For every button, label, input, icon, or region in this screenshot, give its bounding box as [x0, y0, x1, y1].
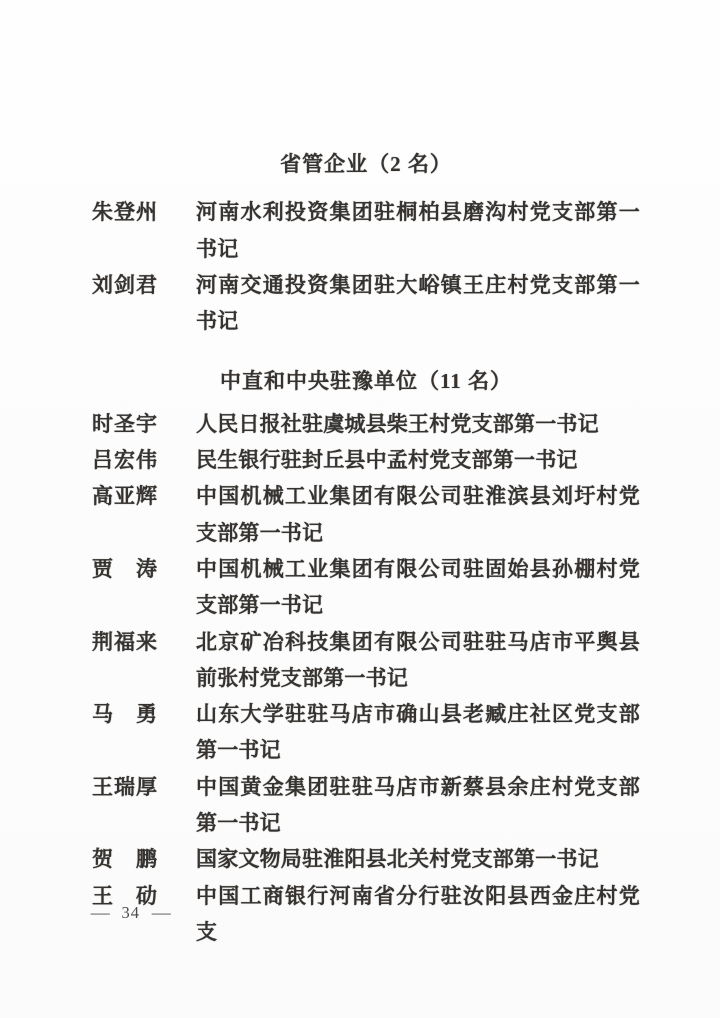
entry-row: 高亚辉 中国机械工业集团有限公司驻淮滨县刘圩村党支部第一书记	[92, 478, 640, 551]
entry-name: 朱登州	[92, 194, 196, 230]
page-number: 34	[122, 903, 141, 923]
entry-position: 人民日报社驻虞城县柴王村党支部第一书记	[196, 406, 640, 442]
entry-position: 中国工商银行河南省分行驻汝阳县西金庄村党支	[196, 878, 640, 951]
entry-row: 马 勇 山东大学驻驻马店市确山县老臧庄社区党支部第一书记	[92, 696, 640, 769]
entry-name: 贾 涛	[92, 551, 196, 587]
entry-name: 吕宏伟	[92, 442, 196, 478]
entry-name: 刘剑君	[92, 267, 196, 303]
footer-dash-right: —	[152, 903, 171, 923]
entry-position: 民生银行驻封丘县中孟村党支部第一书记	[196, 442, 640, 478]
entry-name: 高亚辉	[92, 478, 196, 514]
entry-position: 河南水利投资集团驻桐柏县磨沟村党支部第一书记	[196, 194, 640, 267]
entry-row: 贺 鹏 国家文物局驻淮阳县北关村党支部第一书记	[92, 841, 640, 877]
entry-position: 国家文物局驻淮阳县北关村党支部第一书记	[196, 841, 640, 877]
section-heading-provincial-enterprises: 省管企业（2 名）	[92, 146, 640, 182]
entry-position: 河南交通投资集团驻大峪镇王庄村党支部第一书记	[196, 267, 640, 340]
entry-row: 贾 涛 中国机械工业集团有限公司驻固始县孙棚村党支部第一书记	[92, 551, 640, 624]
entry-row: 刘剑君 河南交通投资集团驻大峪镇王庄村党支部第一书记	[92, 267, 640, 340]
entry-name: 王瑞厚	[92, 769, 196, 805]
entry-position: 山东大学驻驻马店市确山县老臧庄社区党支部第一书记	[196, 696, 640, 769]
entry-row: 时圣宇 人民日报社驻虞城县柴王村党支部第一书记	[92, 406, 640, 442]
entry-position: 中国机械工业集团有限公司驻淮滨县刘圩村党支部第一书记	[196, 478, 640, 551]
entry-position: 中国机械工业集团有限公司驻固始县孙棚村党支部第一书记	[196, 551, 640, 624]
document-page: 省管企业（2 名） 朱登州 河南水利投资集团驻桐柏县磨沟村党支部第一书记 刘剑君…	[0, 0, 720, 1018]
entry-row: 王 劯 中国工商银行河南省分行驻汝阳县西金庄村党支	[92, 878, 640, 951]
entry-row: 吕宏伟 民生银行驻封丘县中孟村党支部第一书记	[92, 442, 640, 478]
section-heading-central-units: 中直和中央驻豫单位（11 名）	[92, 363, 640, 399]
footer-dash-left: —	[91, 903, 110, 923]
entry-position: 中国黄金集团驻驻马店市新蔡县余庄村党支部第一书记	[196, 769, 640, 842]
entry-name: 贺 鹏	[92, 841, 196, 877]
entry-position: 北京矿冶科技集团有限公司驻驻马店市平舆县前张村党支部第一书记	[196, 624, 640, 697]
entry-row: 朱登州 河南水利投资集团驻桐柏县磨沟村党支部第一书记	[92, 194, 640, 267]
page-footer: — 34 —	[92, 903, 170, 923]
entry-row: 王瑞厚 中国黄金集团驻驻马店市新蔡县余庄村党支部第一书记	[92, 769, 640, 842]
entry-name: 时圣宇	[92, 406, 196, 442]
document-content: 省管企业（2 名） 朱登州 河南水利投资集团驻桐柏县磨沟村党支部第一书记 刘剑君…	[92, 146, 640, 950]
entry-name: 马 勇	[92, 696, 196, 732]
entry-name: 荆福来	[92, 624, 196, 660]
entry-row: 荆福来 北京矿冶科技集团有限公司驻驻马店市平舆县前张村党支部第一书记	[92, 624, 640, 697]
